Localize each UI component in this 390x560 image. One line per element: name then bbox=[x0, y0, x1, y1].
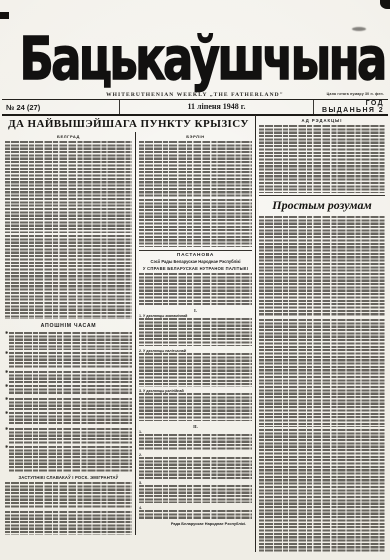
text-block bbox=[259, 125, 385, 193]
price-note: Цана гэтага нумару 30 н. фен. bbox=[327, 92, 384, 96]
text-block bbox=[139, 141, 252, 197]
section-numeral-1: І. bbox=[139, 308, 252, 313]
brief-item: ✱ bbox=[5, 412, 132, 425]
column-middle: БЭРЛІН ПАСТАНОВА Сэсіі Рады Беларускае Н… bbox=[135, 132, 255, 535]
brief-item: ✱ bbox=[5, 385, 132, 395]
resolution-kicker: ПАСТАНОВА bbox=[139, 253, 252, 258]
brief-bullet: ✱ bbox=[5, 445, 8, 449]
brief-item: ✱ bbox=[5, 428, 132, 444]
text-block bbox=[139, 273, 252, 305]
text-block bbox=[5, 482, 132, 508]
brief-bullet: ✱ bbox=[5, 370, 8, 374]
brief-bullet: ✱ bbox=[5, 411, 8, 415]
text-block bbox=[139, 318, 252, 346]
edition-year: ГОД ВЫДАНЬНЯ 2 bbox=[314, 100, 388, 114]
resolution-subtitle: Сэсіі Рады Беларускае Народнае Рэспублік… bbox=[139, 259, 252, 264]
column-right: АД РЭДАКЦЫІ Простым розумам bbox=[256, 115, 388, 552]
newspaper-front-page: Бацькаўшчына WHITERUTHENIAN WEEKLY „THE … bbox=[0, 0, 390, 560]
text-block bbox=[139, 353, 252, 387]
issue-number: № 24 (27) bbox=[2, 103, 119, 112]
brief-item: ✱ bbox=[5, 398, 132, 410]
columns-area: ДА НАЙВЫШЭЙШАГА ПУНКТУ КРЫЗІСУ БЕЛГРАД А… bbox=[2, 115, 388, 552]
lead-headline: ДА НАЙВЫШЭЙШАГА ПУНКТУ КРЫЗІСУ bbox=[6, 118, 251, 130]
text-block bbox=[259, 319, 385, 427]
brief-bullet: ✱ bbox=[5, 427, 8, 431]
brief-item: ✱ bbox=[5, 371, 132, 383]
section-divider bbox=[139, 250, 252, 251]
dateline-row: № 24 (27) 11 ліпеня 1948 г. ГОД ВЫДАНЬНЯ… bbox=[2, 99, 388, 116]
text-block bbox=[259, 216, 385, 316]
issue-date: 11 ліпеня 1948 г. bbox=[119, 100, 314, 114]
brief-bullet: ✱ bbox=[5, 351, 8, 355]
text-block bbox=[139, 485, 252, 503]
lead-article-span: ДА НАЙВЫШЭЙШАГА ПУНКТУ КРЫЗІСУ БЕЛГРАД А… bbox=[2, 115, 256, 552]
text-block bbox=[5, 235, 132, 319]
text-block bbox=[139, 457, 252, 479]
editorial-kicker: АД РЭДАКЦЫІ bbox=[259, 118, 385, 123]
emigrants-headline: ЗАСТУПНІКІ СЛАВАКАЎ І РОСК. ЭМІГРАНТАЎ bbox=[5, 475, 132, 480]
masthead: Бацькаўшчына WHITERUTHENIAN WEEKLY „THE … bbox=[0, 0, 390, 98]
section-divider bbox=[259, 195, 385, 196]
brief-bullet: ✱ bbox=[5, 397, 8, 401]
text-block bbox=[259, 429, 385, 553]
text-block bbox=[139, 199, 252, 247]
resolution-title: У СПРАВЕ БЕЛАРУСКАЕ НУТРАНОЕ ПАЛІТЫКІ bbox=[139, 266, 252, 271]
text-block bbox=[139, 510, 252, 519]
text-block bbox=[5, 511, 132, 535]
resolution-signature: Рада Беларускае Народнае Рэспублікі. bbox=[139, 521, 252, 526]
dateline-berlin: БЭРЛІН bbox=[139, 134, 252, 139]
text-block bbox=[139, 434, 252, 450]
text-block bbox=[139, 393, 252, 421]
brief-bullet: ✱ bbox=[5, 384, 8, 388]
column-left: БЕЛГРАД АПОШНІМ ЧАСАМ ✱ ✱ ✱ ✱ ✱ ✱ ✱ ✱ ЗА… bbox=[2, 132, 135, 535]
briefs-headline: АПОШНІМ ЧАСАМ bbox=[5, 323, 132, 329]
text-block bbox=[5, 141, 132, 233]
brief-item: ✱ bbox=[5, 352, 132, 368]
masthead-title: Бацькаўшчына bbox=[20, 25, 371, 93]
brief-item: ✱ bbox=[5, 332, 132, 350]
editorial-headline: Простым розумам bbox=[259, 198, 385, 213]
brief-item: ✱ bbox=[5, 446, 132, 472]
brief-bullet: ✱ bbox=[5, 331, 8, 335]
dateline-belgrade: БЕЛГРАД bbox=[5, 134, 132, 139]
section-numeral-2: ІІ. bbox=[139, 424, 252, 429]
